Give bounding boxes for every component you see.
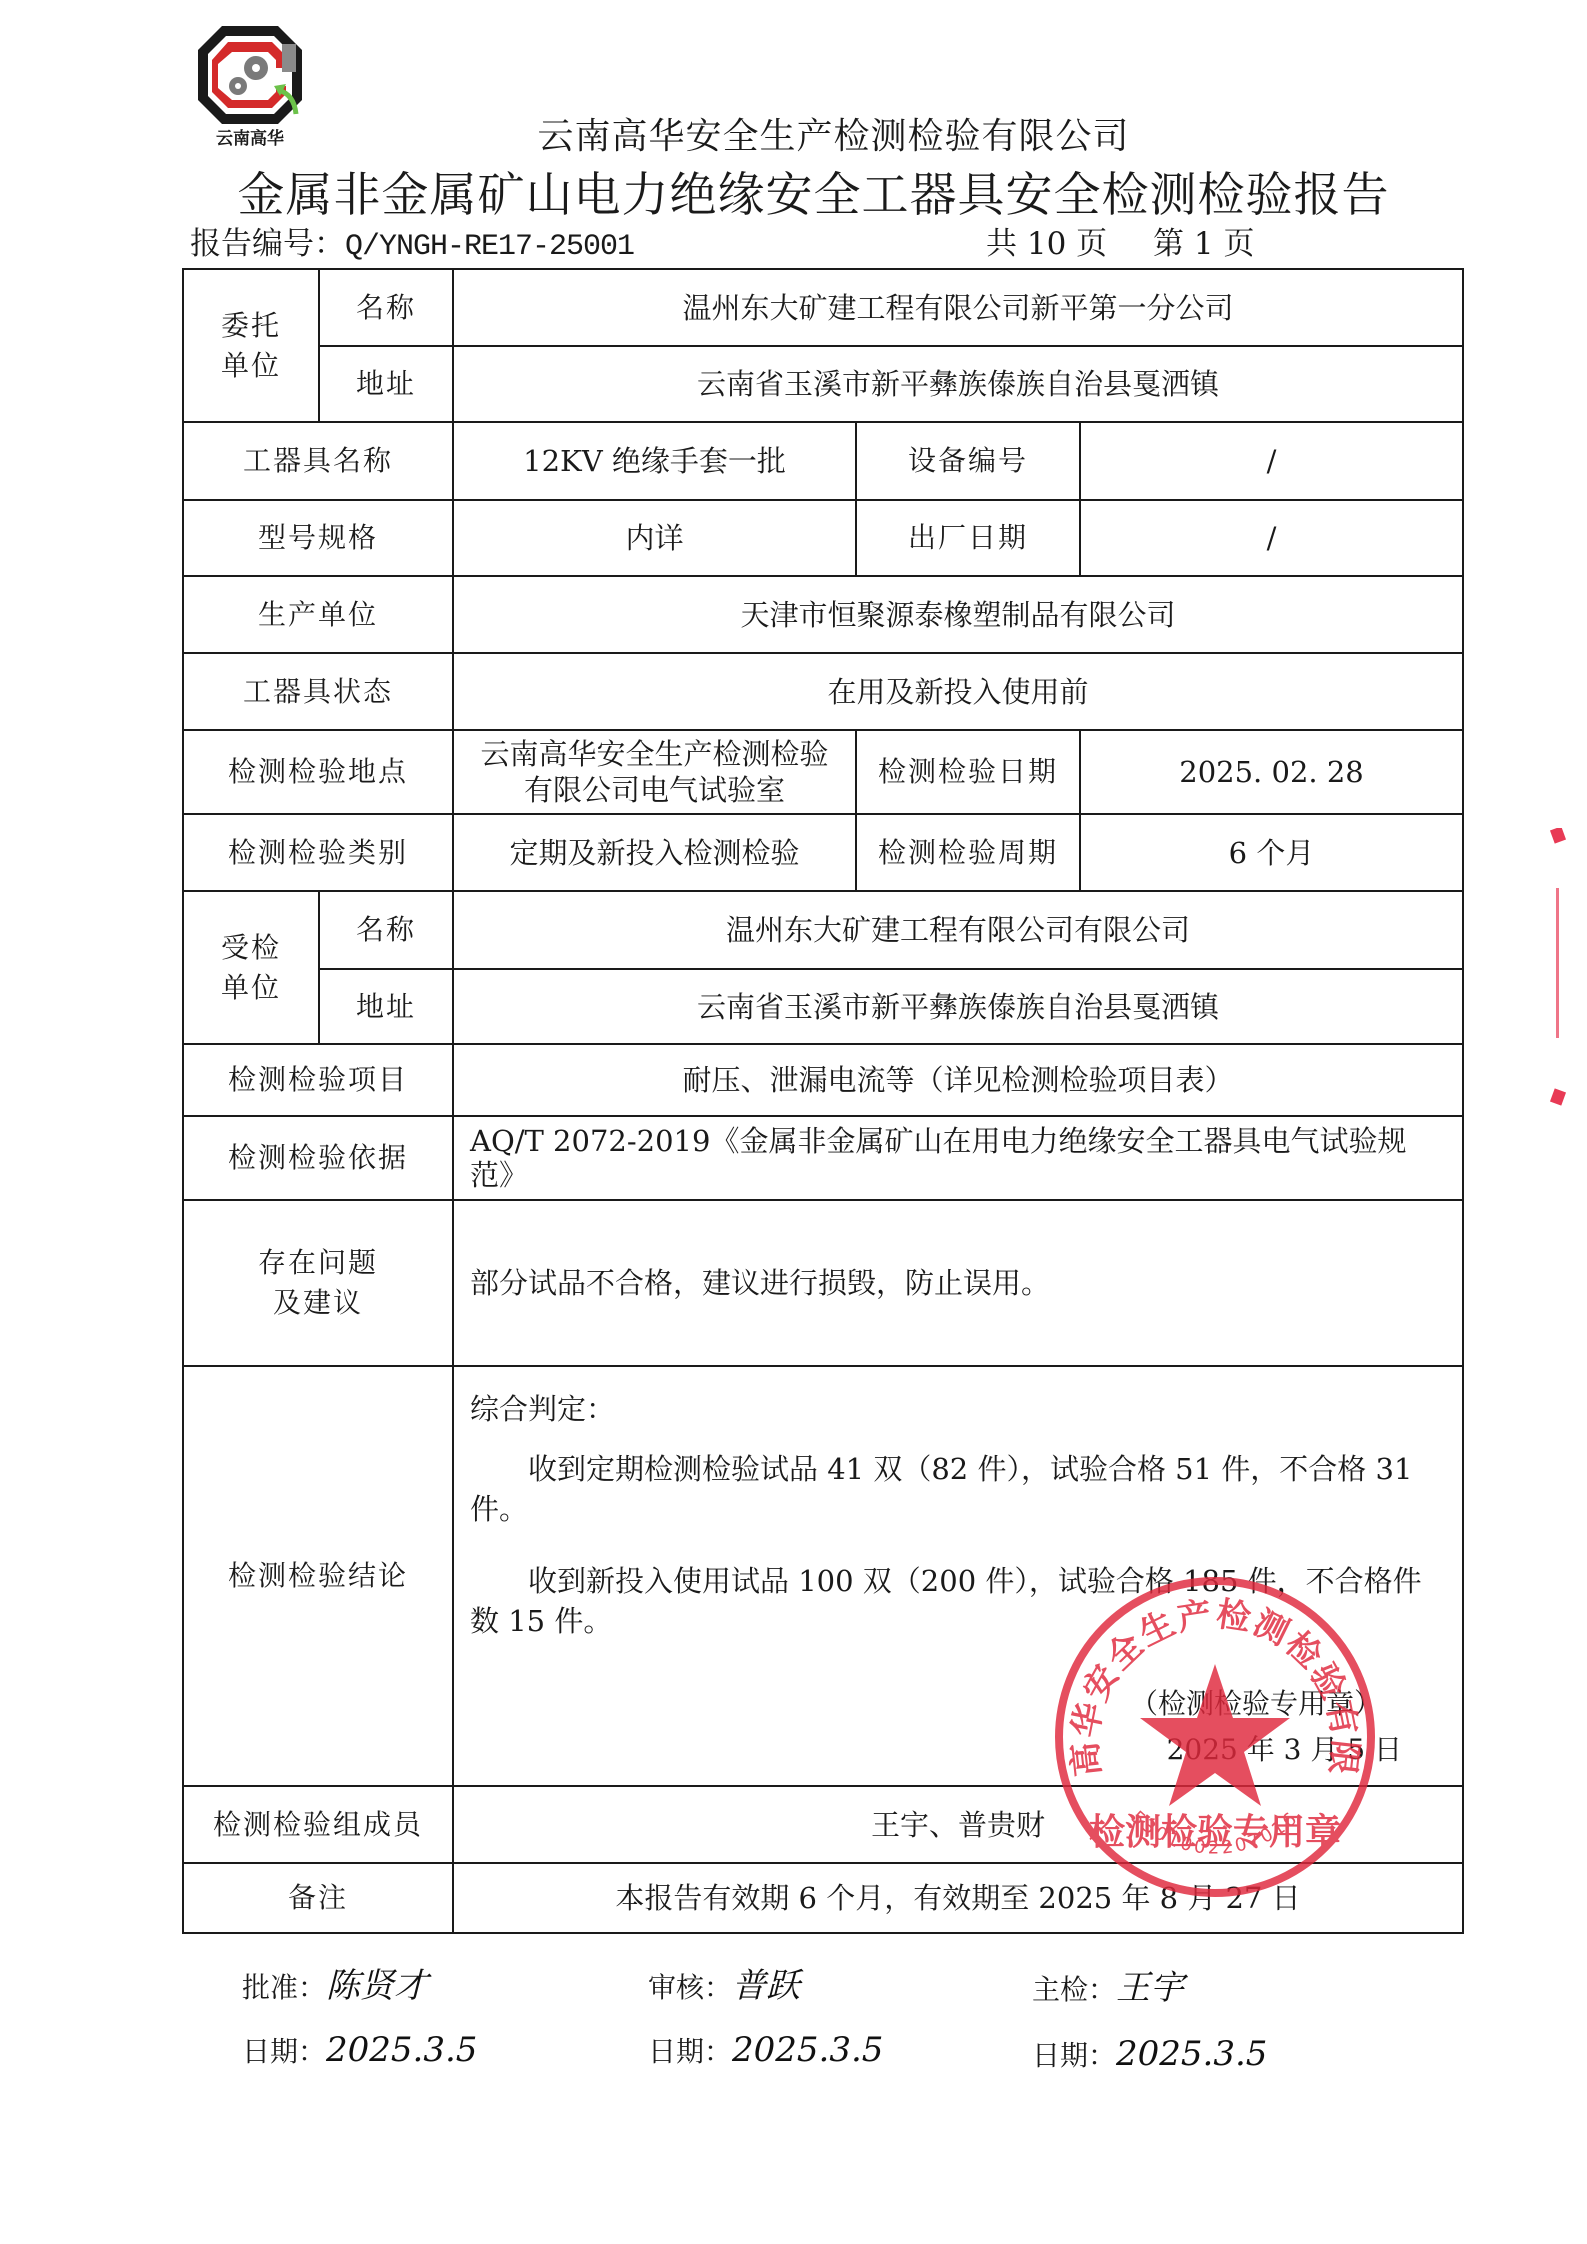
location-label: 检测检验地点 — [182, 729, 454, 815]
page-indicator: 共 10 页 第 1 页 — [980, 218, 1260, 263]
inspector-signature: 王宇 — [1116, 1968, 1184, 2008]
items-label: 检测检验项目 — [182, 1043, 454, 1117]
inspector-label: 主检： — [1032, 1973, 1116, 2006]
test-cycle: 6 个月 — [1079, 813, 1464, 892]
review-date-row: 日期：2025.3.5 — [648, 2030, 883, 2070]
report-table: 委托 单位 名称 温州东大矿建工程有限公司新平第一分公司 地址 云南省玉溪市新平… — [182, 268, 1464, 1934]
company-name: 云南高华安全生产检测检验有限公司 — [0, 108, 1587, 159]
tool-status: 在用及新投入使用前 — [452, 652, 1464, 731]
approve-row: 批准：陈贤才 — [242, 1958, 428, 2007]
test-date-label: 检测检验日期 — [855, 729, 1081, 815]
members-label: 检测检验组成员 — [182, 1785, 454, 1864]
inspector-row: 主检：王宇 — [1032, 1960, 1184, 2009]
review-date: 2025.3.5 — [732, 2030, 883, 2070]
client-name: 温州东大矿建工程有限公司新平第一分公司 — [452, 268, 1464, 347]
location: 云南高华安全生产检测检验有限公司电气试验室 — [452, 729, 857, 815]
factory-date: / — [1079, 499, 1464, 577]
total-pages: 共 10 页 — [986, 226, 1107, 262]
review-label: 审核： — [648, 1971, 732, 2004]
device-no: / — [1079, 421, 1464, 501]
client-name-label: 名称 — [318, 268, 454, 347]
approve-signature: 陈贤才 — [326, 1966, 428, 2006]
status-label: 工器具状态 — [182, 652, 454, 731]
seam-seal-fragment — [1544, 828, 1568, 1108]
conclusion-periodic: 收到定期检测检验试品 41 双（82 件），试验合格 51 件，不合格 31 件… — [470, 1449, 1444, 1529]
inspected-group-label: 受检 单位 — [182, 890, 320, 1045]
review-signature: 普跃 — [732, 1966, 800, 2006]
test-date: 2025. 02. 28 — [1079, 729, 1464, 815]
report-number: 报告编号：Q/YNGH-RE17-25001 — [190, 218, 634, 264]
client-address: 云南省玉溪市新平彝族傣族自治县戛洒镇 — [452, 345, 1464, 423]
conclusion: 综合判定： 收到定期检测检验试品 41 双（82 件），试验合格 51 件，不合… — [452, 1365, 1464, 1787]
manufacturer: 天津市恒聚源泰橡塑制品有限公司 — [452, 575, 1464, 654]
review-row: 审核：普跃 — [648, 1958, 800, 2007]
inspector-date-row: 日期：2025.3.5 — [1032, 2034, 1267, 2074]
issues-suggestions: 部分试品不合格，建议进行损毁，防止误用。 — [452, 1199, 1464, 1367]
current-page: 第 1 页 — [1153, 226, 1254, 262]
model: 内详 — [452, 499, 857, 577]
inspected-name: 温州东大矿建工程有限公司有限公司 — [452, 890, 1464, 970]
seam-seal-icon — [1544, 828, 1568, 1108]
report-title: 金属非金属矿山电力绝缘安全工器具安全检测检验报告 — [0, 158, 1587, 225]
manufacturer-label: 生产单位 — [182, 575, 454, 654]
basis-label: 检测检验依据 — [182, 1115, 454, 1201]
team-members: 王宇、普贵财 — [452, 1785, 1464, 1864]
seal-date: 2025 年 3 月 5 日 — [1167, 1731, 1402, 1769]
inspected-name-label: 名称 — [318, 890, 454, 970]
test-basis: AQ/T 2072-2019《金属非金属矿山在用电力绝缘安全工器具电气试验规范》 — [452, 1115, 1464, 1201]
inspector-date-label: 日期： — [1032, 2039, 1116, 2072]
conclusion-label: 检测检验结论 — [182, 1365, 454, 1787]
client-group-label: 委托 单位 — [182, 268, 320, 423]
inspector-date: 2025.3.5 — [1116, 2034, 1267, 2074]
conclusion-heading: 综合判定： — [470, 1389, 1444, 1429]
approve-date-label: 日期： — [242, 2035, 326, 2068]
inspected-address-label: 地址 — [318, 968, 454, 1045]
cycle-label: 检测检验周期 — [855, 813, 1081, 892]
review-date-label: 日期： — [648, 2035, 732, 2068]
report-number-value: Q/YNGH-RE17-25001 — [345, 230, 634, 264]
category-label: 检测检验类别 — [182, 813, 454, 892]
approve-date: 2025.3.5 — [326, 2030, 477, 2070]
tool-name-label: 工器具名称 — [182, 421, 454, 501]
device-no-label: 设备编号 — [855, 421, 1081, 501]
conclusion-new: 收到新投入使用试品 100 双（200 件），试验合格 185 件，不合格件数 … — [470, 1561, 1444, 1641]
report-number-label: 报告编号： — [190, 226, 345, 262]
model-label: 型号规格 — [182, 499, 454, 577]
client-address-label: 地址 — [318, 345, 454, 423]
test-items: 耐压、泄漏电流等（详见检测检验项目表） — [452, 1043, 1464, 1117]
tool-name: 12KV 绝缘手套一批 — [452, 421, 857, 501]
factory-date-label: 出厂日期 — [855, 499, 1081, 577]
seal-caption: （检测检验专用章） — [1130, 1685, 1382, 1723]
remark: 本报告有效期 6 个月，有效期至 2025 年 8 月 27 日 — [452, 1862, 1464, 1934]
issues-label: 存在问题 及建议 — [182, 1199, 454, 1367]
remark-label: 备注 — [182, 1862, 454, 1934]
approve-date-row: 日期：2025.3.5 — [242, 2030, 477, 2070]
inspected-address: 云南省玉溪市新平彝族傣族自治县戛洒镇 — [452, 968, 1464, 1045]
approve-label: 批准： — [242, 1971, 326, 2004]
category: 定期及新投入检测检验 — [452, 813, 857, 892]
